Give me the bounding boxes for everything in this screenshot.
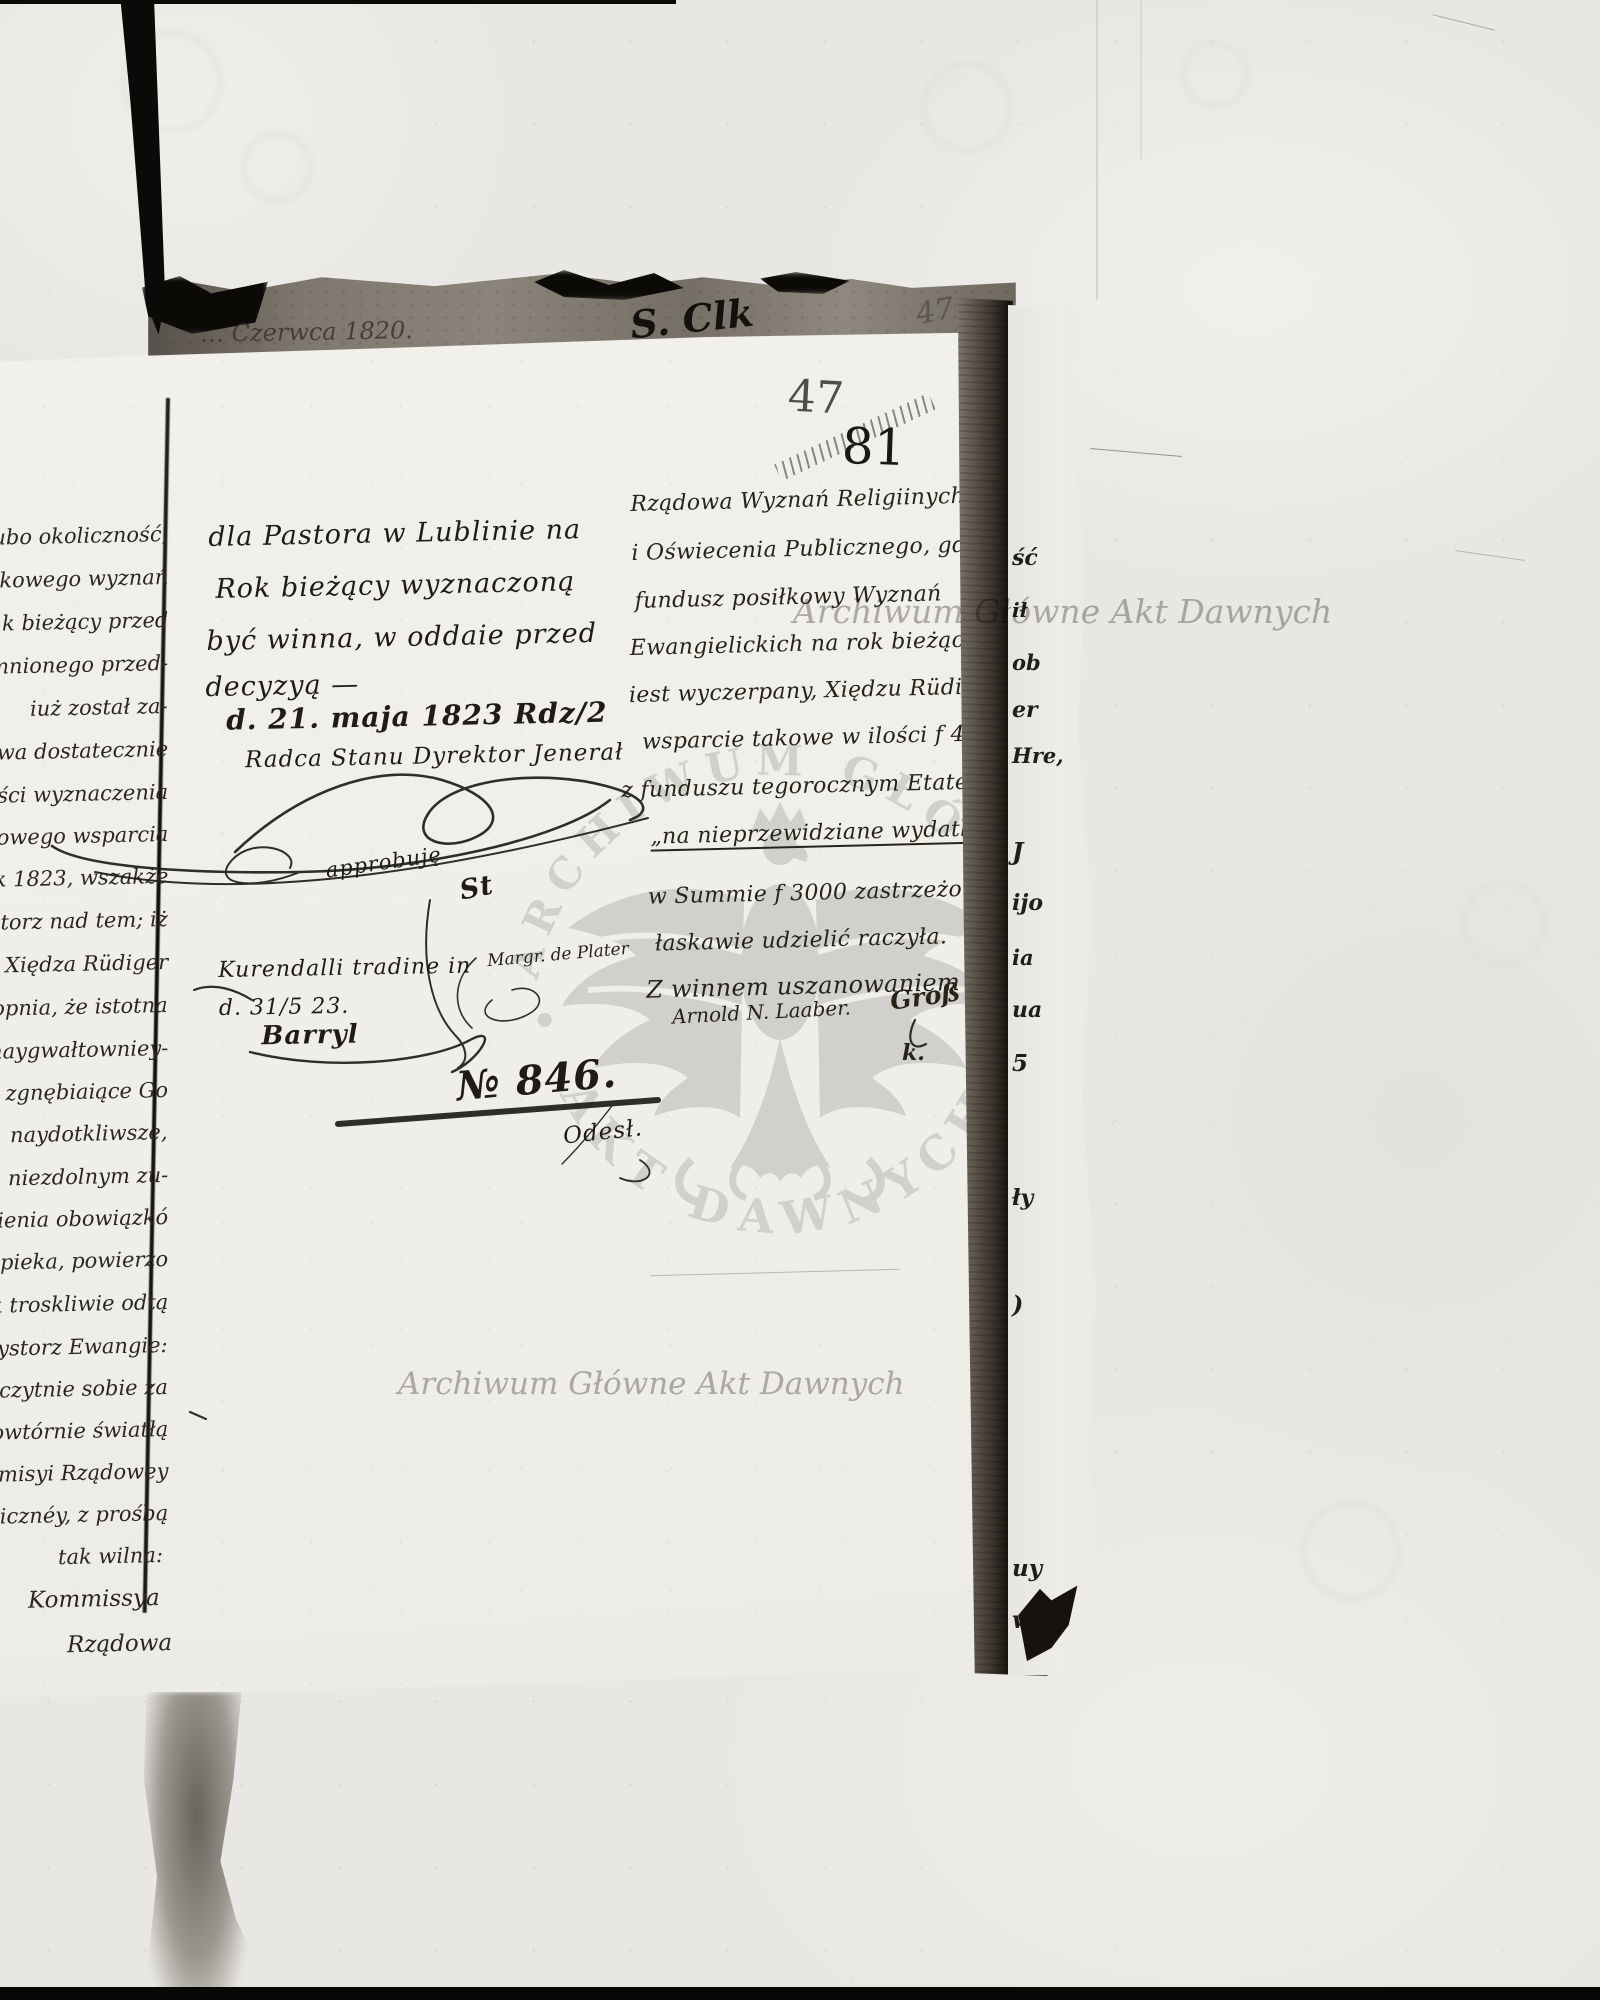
archival-scan: ARCHIWUM GŁÓWNE AKT DAWNYCH • bbox=[0, 0, 1600, 2000]
film-edge-top bbox=[0, 0, 676, 4]
manuscript-line: iest wyczerpany, Xiędzu Rüdiger bbox=[629, 674, 1002, 708]
watermark-text-lower: Archiwum Główne Akt Dawnych bbox=[398, 1366, 905, 1402]
cutoff-fragment: ijo bbox=[1012, 890, 1043, 916]
manuscript-line: iuż został za- bbox=[30, 694, 168, 721]
page-number-ink: 81 bbox=[841, 417, 907, 477]
cutoff-fragment: ua bbox=[1012, 997, 1042, 1023]
spine-inscription-left: … Czerwca 1820. bbox=[200, 316, 413, 348]
official-title-line: Radca Stanu Dyrektor Jenerał bbox=[245, 739, 624, 773]
manuscript-line: ności wyznaczenia bbox=[0, 780, 168, 808]
scratch-line bbox=[1090, 448, 1182, 457]
watermark-text-upper: Archiwum Główne Akt Dawnych bbox=[793, 592, 1332, 631]
damask-ring bbox=[1460, 880, 1548, 968]
scratch-line bbox=[1455, 550, 1524, 561]
manuscript-line: . Lubo okoliczność, bbox=[0, 522, 168, 550]
approval-initials: St bbox=[457, 869, 496, 906]
manuscript-line: niezdolnym zu- bbox=[8, 1163, 169, 1190]
scratch-line bbox=[1433, 14, 1495, 30]
manuscript-line: Konsystorz Ewangie: bbox=[0, 1333, 168, 1362]
manuscript-line: misyi Rządowey bbox=[0, 1459, 168, 1487]
manuscript-line: Kommissya bbox=[28, 1585, 160, 1614]
damask-ring bbox=[1300, 1500, 1402, 1602]
manuscript-line: i Oświecenia Publicznego, gdy bbox=[631, 532, 979, 565]
cutoff-fragment: ) bbox=[1012, 1290, 1023, 1319]
background-fold-line bbox=[1096, 0, 1098, 300]
manuscript-line: z funduszu tegorocznym Etatem bbox=[621, 769, 990, 803]
cutoff-fragment: uy bbox=[1012, 1555, 1042, 1582]
manuscript-line: systorz nad tem; iż bbox=[0, 907, 168, 935]
manuscript-line: naygwałtowniey- bbox=[0, 1036, 168, 1064]
manuscript-line: tak wilna: bbox=[58, 1543, 163, 1569]
manuscript-line: Rok bieżący wyznaczoną bbox=[215, 566, 575, 605]
next-page-sliver: ść ił ob er Hre, J ijo ia ua 5 ły ) uy w… bbox=[1008, 305, 1128, 1675]
manuscript-line: naydotkliwsze, bbox=[10, 1120, 168, 1147]
manuscript-line: Xiędza Rüdiger bbox=[5, 950, 169, 977]
manuscript-line: decyzyą — bbox=[205, 669, 359, 703]
cutoff-fragment: ść bbox=[1012, 545, 1038, 571]
manuscript-line: siłkowego wyznań bbox=[0, 565, 168, 593]
manuscript-line: go Opieka, powierzo bbox=[0, 1247, 168, 1276]
cutoff-fragment: ob bbox=[1012, 650, 1041, 675]
manuscript-line: kowego wsparcia bbox=[0, 822, 168, 850]
manuscript-line: licznéy, z prośbą bbox=[0, 1501, 168, 1529]
manuscript-line: wsparcie takowe w ilości f 444= bbox=[642, 721, 1013, 755]
manuscript-line: pełnienia obowiązkó bbox=[0, 1205, 168, 1234]
manuscript-line: stopnia, że istotna bbox=[0, 993, 168, 1021]
film-shadow-strip bbox=[128, 1692, 260, 2000]
date-line: d. 21. maja 1823 Rdz/2 bbox=[226, 696, 608, 737]
cutoff-fragment: ły bbox=[1012, 1185, 1033, 1211]
manuscript-line: łaskawie udzielić raczyła. bbox=[655, 924, 948, 956]
background-fold-line bbox=[1140, 0, 1142, 160]
cutoff-fragment: er bbox=[1012, 697, 1038, 723]
manuscript-line: poczytnie sobie za bbox=[0, 1375, 168, 1403]
damask-ring bbox=[240, 130, 314, 204]
registry-note: Kurendalli tradine in bbox=[218, 954, 472, 983]
manuscript-line: i zgnębiaiące Go bbox=[0, 1078, 168, 1106]
cutoff-fragment: ia bbox=[1012, 945, 1034, 970]
registry-number: № 846. bbox=[454, 1050, 618, 1111]
cutoff-fragment: J bbox=[1012, 837, 1023, 866]
manuscript-line: Ewangielickich na rok bieżący iuż bbox=[630, 627, 1019, 661]
cutoff-fragment: 5 bbox=[1012, 1050, 1028, 1077]
approval-note: approbuję bbox=[324, 842, 443, 882]
damask-ring bbox=[920, 60, 1014, 154]
manuscript-line: Rządowa bbox=[67, 1630, 173, 1658]
manuscript-line: k bieżący przed bbox=[1, 608, 168, 635]
manuscript-line: tak troskliwie odtą bbox=[0, 1290, 168, 1318]
manuscript-line: powtórnie światłą bbox=[0, 1417, 168, 1445]
manuscript-line: mywa dostatecznie bbox=[0, 737, 168, 765]
manuscript-line-underlined: „na nieprzewidziane wydatki” bbox=[650, 816, 993, 849]
registry-block: Kurendalli tradine in d. 31/5 23. Barryl… bbox=[218, 950, 702, 1198]
manuscript-line: pomnionego przed- bbox=[0, 651, 168, 679]
dispatch-note: Odesł. bbox=[562, 1115, 644, 1149]
film-edge-bottom bbox=[0, 1987, 1600, 2000]
spine-inscription-right: 47 bbox=[913, 291, 957, 332]
manuscript-line: rok 1823, wszakże bbox=[0, 864, 168, 892]
right-column: Rządowa Wyznań Religiinych i Oświecenia … bbox=[630, 483, 1004, 1052]
cutoff-fragment: Hre, bbox=[1012, 743, 1064, 768]
manuscript-line: dla Pastora w Lublinie na bbox=[208, 514, 581, 553]
damask-ring bbox=[1180, 40, 1250, 110]
manuscript-line: być winna, w oddaie przed bbox=[206, 618, 597, 657]
page-number-pencil: 47 bbox=[787, 371, 846, 425]
registry-signature: Barryl bbox=[261, 1020, 359, 1052]
signature-gross-initial: k. bbox=[902, 1040, 925, 1066]
registry-date: d. 31/5 23. bbox=[219, 994, 350, 1021]
